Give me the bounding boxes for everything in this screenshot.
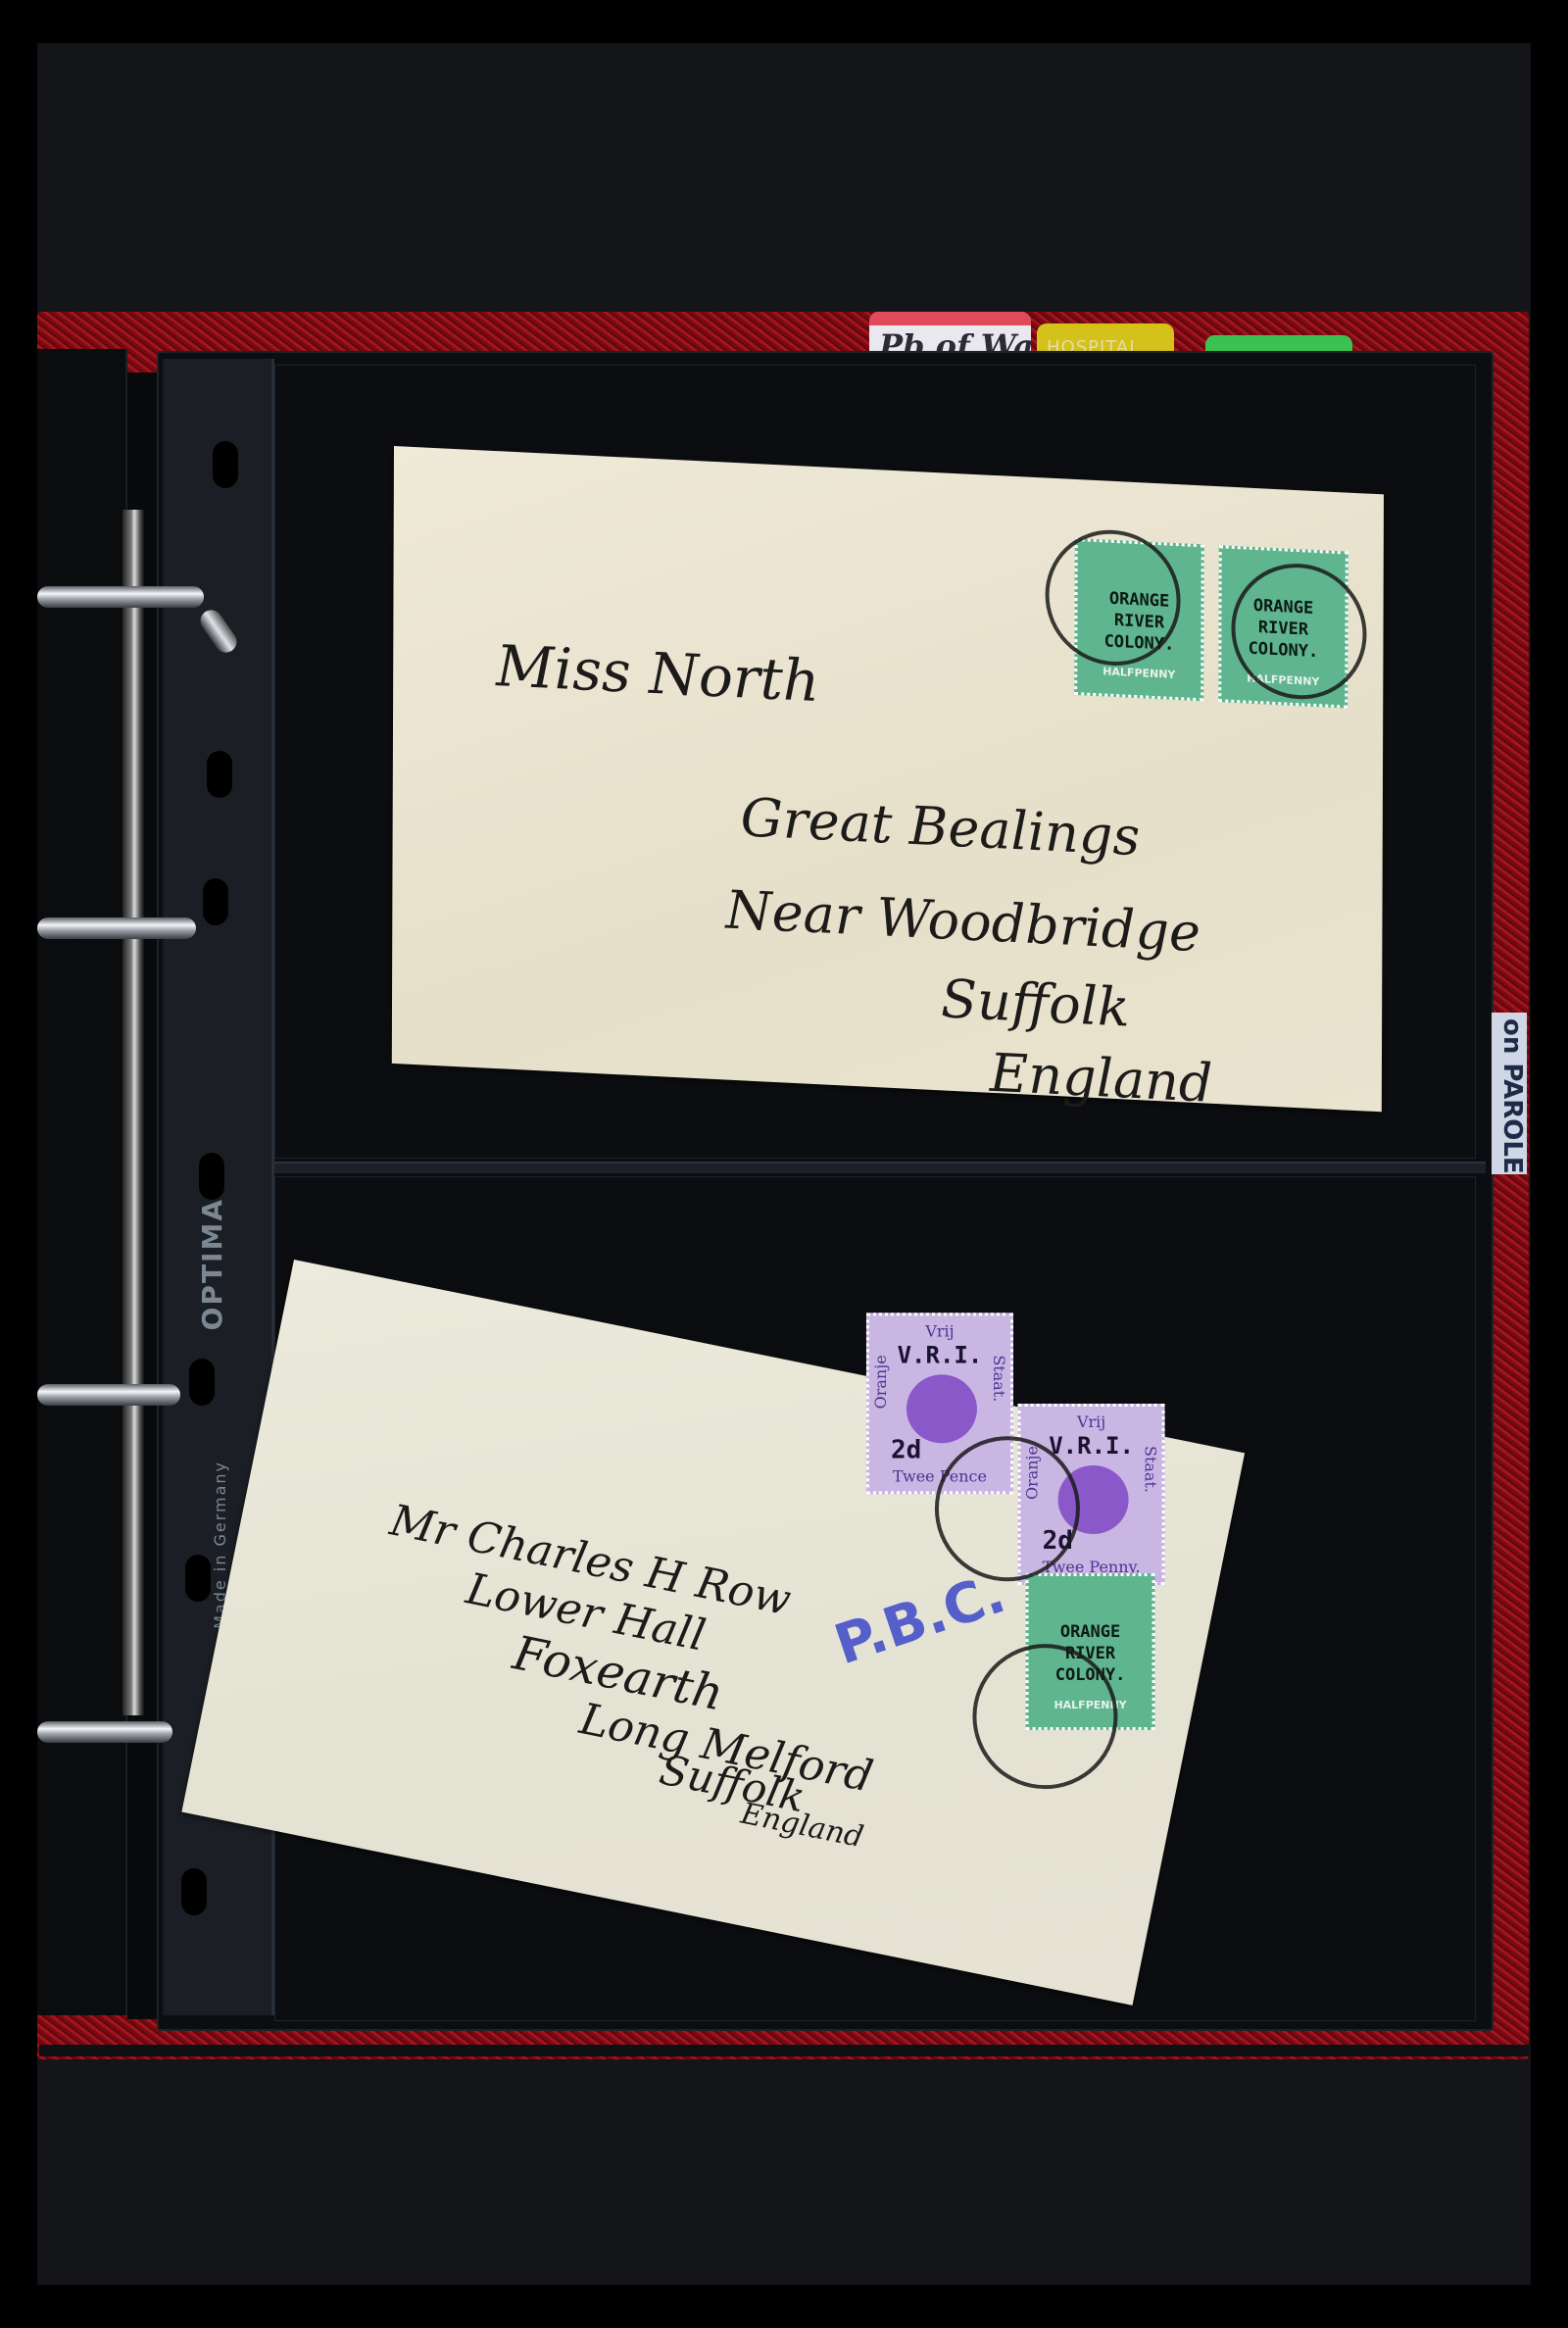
orange-tree-icon [906, 1374, 977, 1443]
address-line: Great Bealings [741, 786, 1141, 867]
stamp-text: Staat. [1142, 1446, 1160, 1493]
page-brand: OPTIMA [196, 1198, 228, 1330]
binder-ring [37, 917, 196, 939]
punch-hole [189, 1359, 215, 1406]
address-line: Miss North [496, 632, 819, 715]
cover-miss-north[interactable]: Miss North Great Bealings Near Woodbridg… [392, 446, 1384, 1112]
stamp-text: Vrij [869, 1321, 1010, 1340]
stamp-text: Vrij [1021, 1412, 1162, 1431]
stamp-text: Staat. [990, 1355, 1008, 1402]
stamp-denomination: HALFPENNY [1077, 664, 1200, 682]
punch-hole [181, 1868, 207, 1915]
address-line: Near Woodbridge [725, 879, 1200, 965]
index-tab-on-parole[interactable]: on PAROLE [1492, 1013, 1527, 1174]
address-line: England [990, 1042, 1213, 1114]
ring-mechanism [122, 510, 144, 1715]
pocket-divider [274, 1162, 1486, 1173]
punch-hole [199, 1153, 224, 1200]
punch-hole [207, 751, 232, 798]
tab-label: on PAROLE [1497, 1018, 1527, 1174]
address-line: Suffolk [941, 967, 1130, 1038]
stamp-text: Oranje [871, 1355, 890, 1409]
pbc-handstamp: P.B.C. [827, 1561, 1013, 1677]
punch-hole [203, 878, 228, 925]
binder-ring [37, 586, 204, 608]
page-edge [39, 2045, 1529, 2056]
punch-hole [213, 441, 238, 488]
punch-hole [185, 1555, 211, 1602]
stamp-surcharge: 2d [891, 1435, 921, 1464]
binder-ring [37, 1384, 180, 1406]
binder-ring [37, 1721, 172, 1743]
